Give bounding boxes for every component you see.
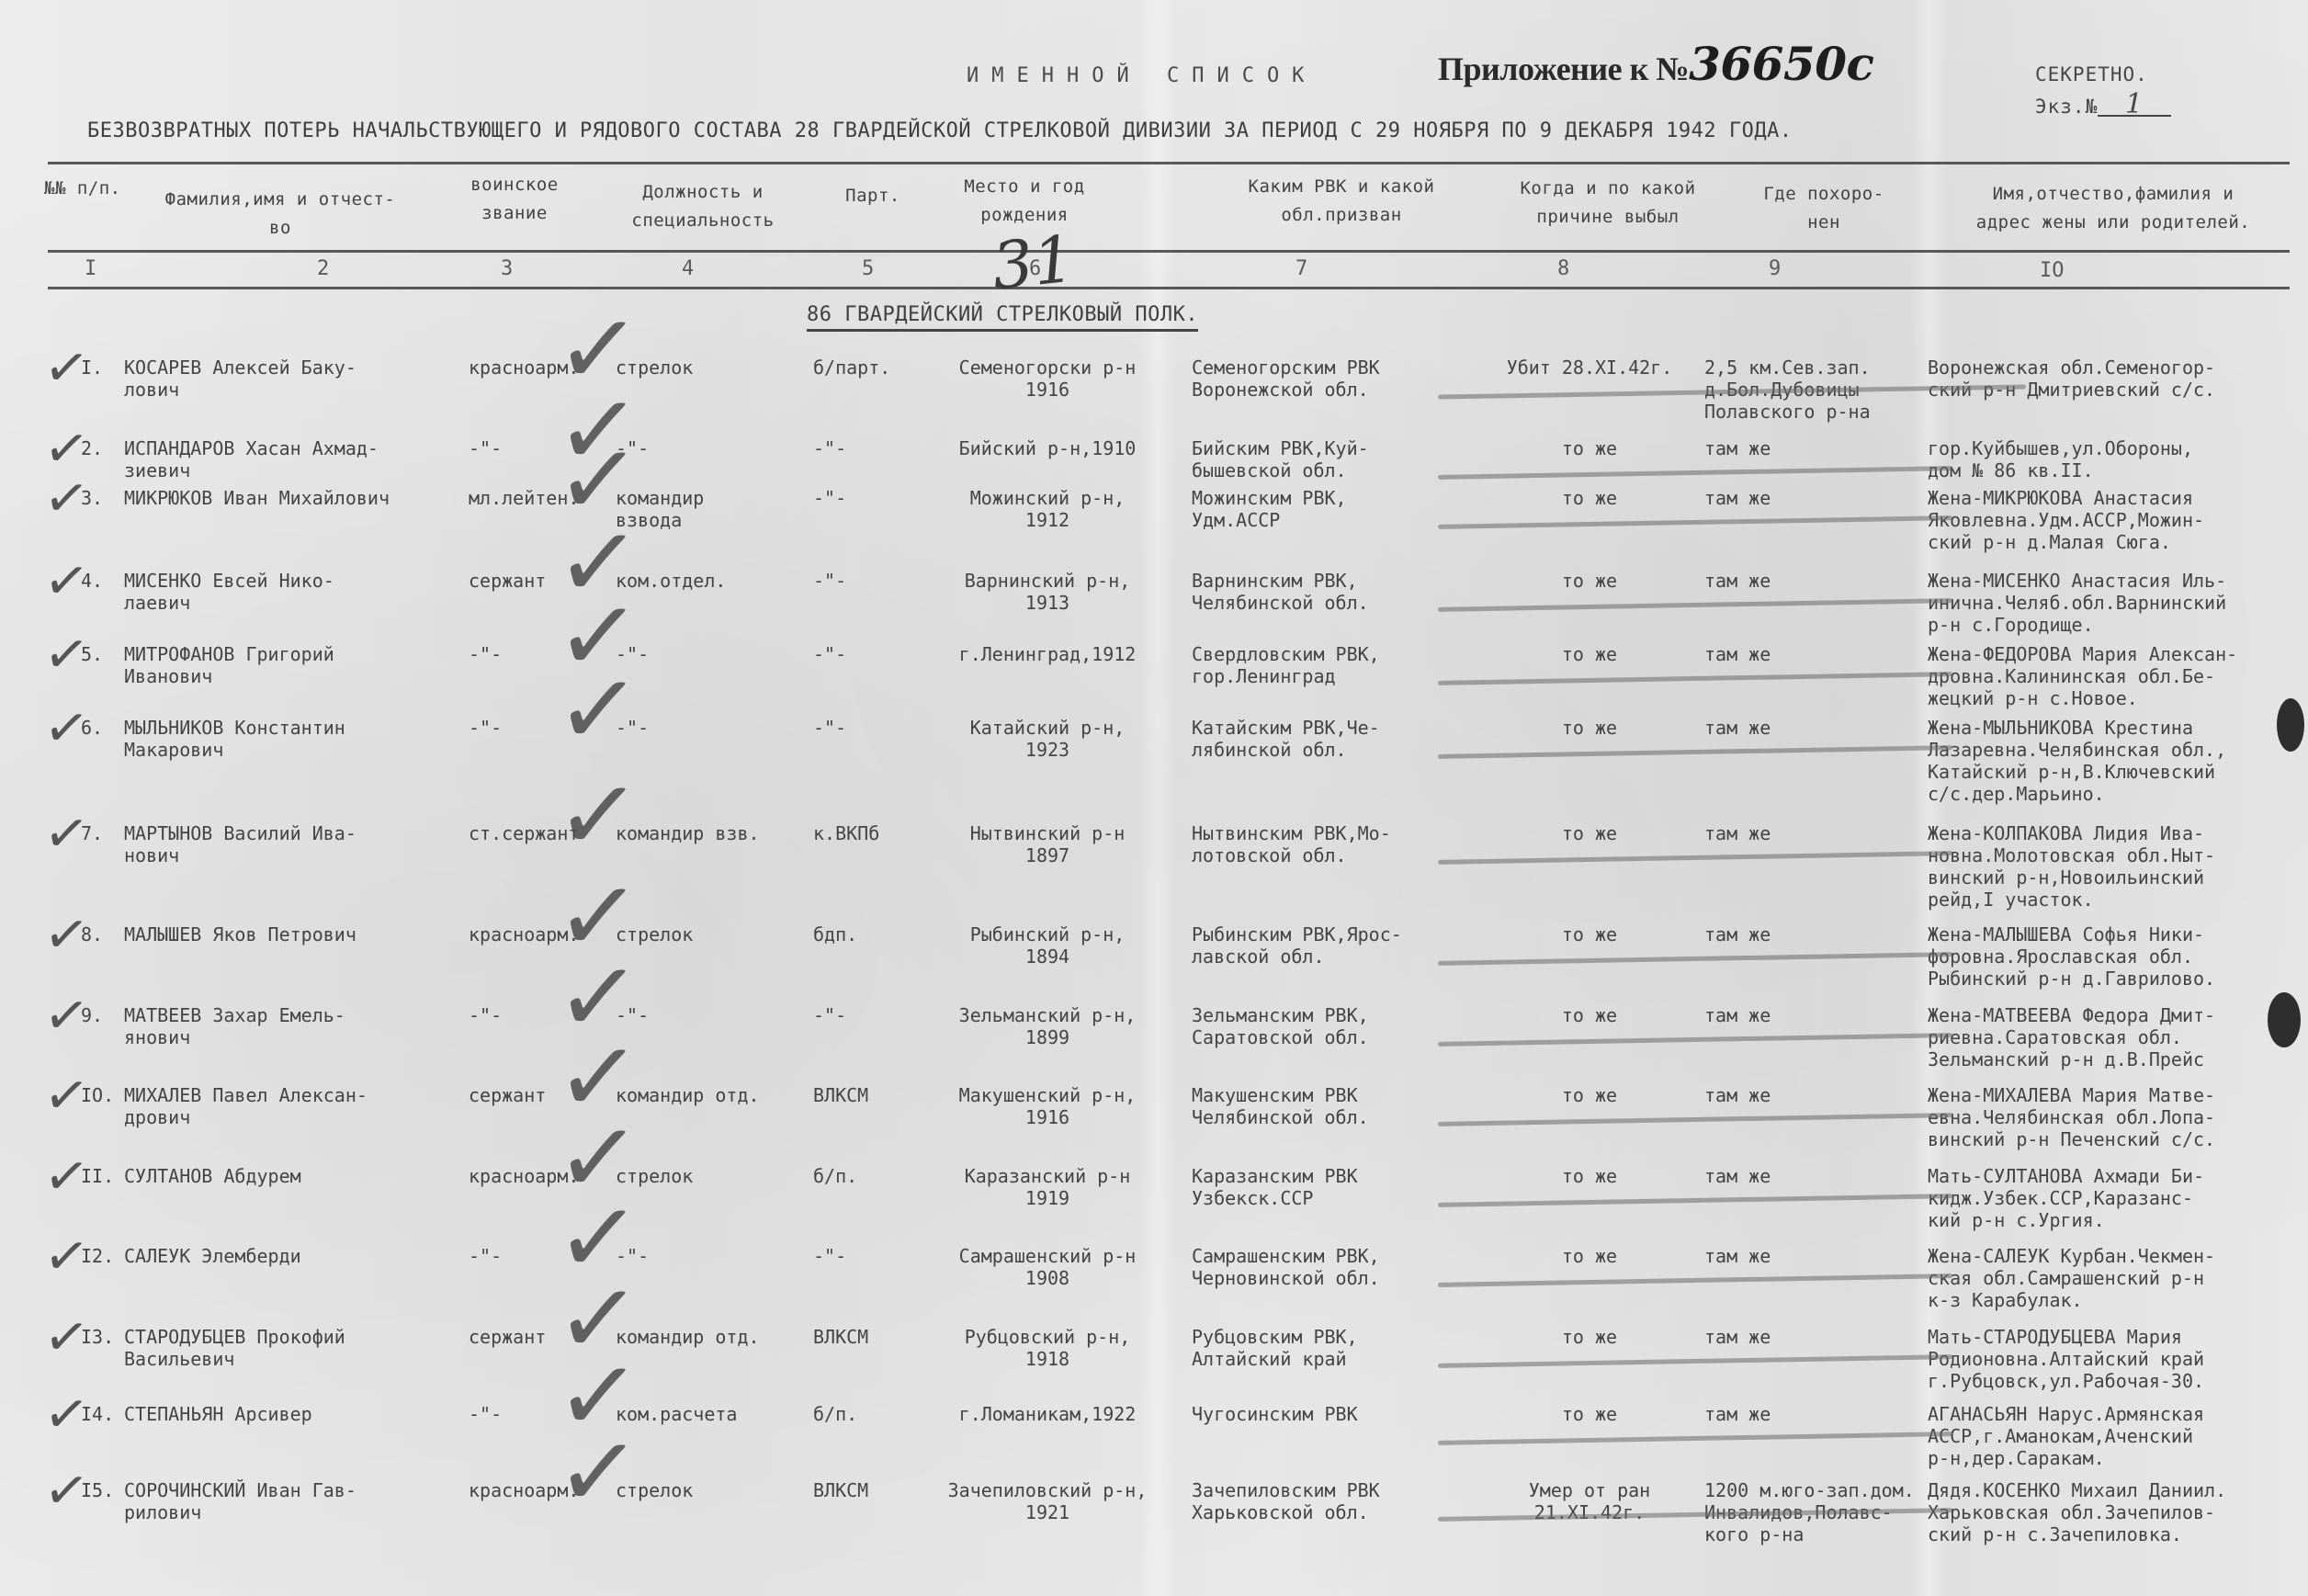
next-of-kin: Жена-МЫЛЬНИКОВА Крестина Лазаревна.Челяб…	[1928, 717, 2226, 805]
pencil-strike	[1438, 598, 1952, 612]
date-cause: то же	[1452, 717, 1727, 739]
pencil-strike	[1438, 1113, 1952, 1126]
burial-place: там же	[1704, 437, 1771, 459]
draft-office: Семеногорским РВК Воронежской обл.	[1192, 357, 1380, 401]
draft-office: Чугосинским РВК	[1192, 1403, 1358, 1425]
date-cause: то же	[1452, 437, 1727, 459]
col-header-10: Имя,отчество,фамилия и адрес жены или ро…	[1929, 180, 2297, 237]
soldier-name: СУЛТАНОВ Абдурем	[124, 1165, 301, 1187]
row-number: I.	[81, 357, 103, 379]
copy-value: 1	[2098, 94, 2171, 117]
next-of-kin: Жена-МАЛЫШЕВА Софья Ники- форовна.Яросла…	[1928, 923, 2215, 990]
row-number: 9.	[81, 1004, 103, 1026]
date-cause: Убит 28.XI.42г.	[1452, 357, 1727, 379]
pencil-strike	[1438, 745, 1952, 759]
party-membership: ВЛКСМ	[813, 1479, 868, 1501]
next-of-kin: Дядя.КОСЕНКО Михаил Даниил. Харьковская …	[1928, 1479, 2226, 1545]
date-cause: то же	[1452, 1245, 1727, 1267]
col-header-3: воинское звание	[450, 171, 579, 228]
pencil-strike	[1438, 1273, 1952, 1287]
party-membership: -"-	[813, 1004, 846, 1026]
birthplace-year: Можинский р-н, 1912	[914, 487, 1181, 531]
party-membership: -"-	[813, 570, 846, 592]
party-membership: -"-	[813, 487, 846, 509]
party-membership: -"-	[813, 717, 846, 739]
document-subtitle: БЕЗВОЗВРАТНЫХ ПОТЕРЬ НАЧАЛЬСТВУЮЩЕГО И Р…	[87, 119, 1793, 142]
row-number: 3.	[81, 487, 103, 509]
birthplace-year: Нытвинский р-н 1897	[914, 822, 1181, 866]
col-num-10: IO	[2040, 259, 2065, 282]
burial-place: там же	[1704, 1084, 1771, 1106]
soldier-name: КОСАРЕВ Алексей Баку- лович	[124, 357, 356, 401]
birthplace-year: Рыбинский р-н, 1894	[914, 923, 1181, 968]
col-header-1: №№ п/п.	[44, 175, 108, 203]
military-rank: -"-	[469, 643, 502, 665]
next-of-kin: АГАНАСЬЯН Нарус.Армянская АССР,г.Аманока…	[1928, 1403, 2204, 1469]
col-num-7: 7	[1295, 257, 1307, 280]
draft-office: Самрашенским РВК, Черновинской обл.	[1192, 1245, 1380, 1289]
handwritten-page-number: 31	[989, 221, 1078, 305]
copy-number: Экз.№1	[2035, 94, 2171, 118]
soldier-name: ИСПАНДАРОВ Хасан Ахмад- зиевич	[124, 437, 379, 481]
birthplace-year: г.Ломаникам,1922	[914, 1403, 1181, 1425]
soldier-name: МАТВЕЕВ Захар Емель- янович	[124, 1004, 345, 1048]
burial-place: там же	[1704, 1004, 1771, 1026]
birthplace-year: Семеногорски р-н 1916	[914, 357, 1181, 401]
draft-office: Макушенским РВК Челябинской обл.	[1192, 1084, 1369, 1128]
row-number: 6.	[81, 717, 103, 739]
burial-place: там же	[1704, 1403, 1771, 1425]
col-num-4: 4	[682, 257, 694, 280]
date-cause: то же	[1452, 1403, 1727, 1425]
date-cause: то же	[1452, 1326, 1727, 1348]
ink-blot	[2277, 698, 2304, 752]
date-cause: то же	[1452, 643, 1727, 665]
table-rule-top	[48, 162, 2290, 164]
soldier-name: МАРТЫНОВ Василий Ива- нович	[124, 822, 356, 866]
row-number: I4.	[81, 1403, 114, 1425]
row-number: I5.	[81, 1479, 114, 1501]
col-header-7: Каким РВК и какой обл.призван	[1204, 173, 1479, 230]
copy-label: Экз.№	[2035, 96, 2098, 118]
birthplace-year: Зачепиловский р-н, 1921	[914, 1479, 1181, 1523]
birthplace-year: Самрашенский р-н 1908	[914, 1245, 1181, 1289]
pencil-strike	[1438, 1354, 1952, 1368]
row-number: IO.	[81, 1084, 114, 1106]
draft-office: Каразанским РВК Узбекск.ССР	[1192, 1165, 1358, 1209]
col-num-3: 3	[501, 257, 513, 280]
birthplace-year: Варнинский р-н, 1913	[914, 570, 1181, 614]
party-membership: бдп.	[813, 923, 857, 945]
pencil-strike	[1438, 515, 1952, 529]
soldier-name: МИТРОФАНОВ Григорий Иванович	[124, 643, 334, 687]
date-cause: то же	[1452, 1165, 1727, 1187]
next-of-kin: Жена-САЛЕУК Курбан.Чекмен- ская обл.Самр…	[1928, 1245, 2215, 1311]
section-heading: 86 ГВАРДЕЙСКИЙ СТРЕЛКОВЫЙ ПОЛК.	[807, 303, 1198, 332]
row-number: I3.	[81, 1326, 114, 1348]
draft-office: Рубцовским РВК, Алтайский край	[1192, 1326, 1358, 1370]
col-num-1: I	[85, 257, 96, 280]
ink-blot	[2268, 992, 2301, 1047]
military-rank: -"-	[469, 717, 502, 739]
col-num-5: 5	[862, 257, 874, 280]
next-of-kin: Жена-ФЕДОРОВА Мария Алексан- дровна.Кали…	[1928, 643, 2237, 709]
date-cause: то же	[1452, 923, 1727, 945]
soldier-name: МАЛЫШЕВ Яков Петрович	[124, 923, 356, 945]
date-cause: то же	[1452, 487, 1727, 509]
table-rule-bottom	[48, 287, 2290, 289]
pencil-strike	[1438, 1033, 1952, 1047]
party-membership: -"-	[813, 437, 846, 459]
row-number: II.	[81, 1165, 114, 1187]
draft-office: Бийским РВК,Куй- бышевской обл.	[1192, 437, 1369, 481]
military-rank: сержант	[469, 1084, 546, 1106]
next-of-kin: Воронежская обл.Семеногор- ский р-н Дмит…	[1928, 357, 2215, 401]
col-num-8: 8	[1557, 257, 1569, 280]
document-title: ИМЕННОЙ СПИСОК	[967, 64, 1317, 87]
soldier-name: СОРОЧИНСКИЙ Иван Гав- рилович	[124, 1479, 356, 1523]
birthplace-year: Катайский р-н, 1923	[914, 717, 1181, 761]
party-membership: ВЛКСМ	[813, 1326, 868, 1348]
military-rank: сержант	[469, 570, 546, 592]
secrecy-mark: СЕКРЕТНО.	[2035, 64, 2148, 85]
next-of-kin: Жена-МИКРЮКОВА Анастасия Яковлевна.Удм.А…	[1928, 487, 2204, 553]
burial-place: там же	[1704, 487, 1771, 509]
col-header-6: Место и год рождения	[914, 173, 1135, 230]
burial-place: там же	[1704, 923, 1771, 945]
pencil-strike	[1438, 466, 1952, 480]
burial-place: там же	[1704, 1245, 1771, 1267]
row-number: 2.	[81, 437, 103, 459]
col-header-2: Фамилия,имя и отчест- во	[124, 186, 436, 243]
draft-office: Можинским РВК, Удм.АССР	[1192, 487, 1347, 531]
col-header-9: Где похоро- нен	[1732, 180, 1916, 237]
next-of-kin: Мать-СУЛТАНОВА Ахмади Би- кидж.Узбек.ССР…	[1928, 1165, 2204, 1231]
pencil-strike	[1438, 672, 1952, 685]
party-membership: б/п.	[813, 1165, 857, 1187]
party-membership: ВЛКСМ	[813, 1084, 868, 1106]
next-of-kin: Мать-СТАРОДУБЦЕВА Мария Родионовна.Алтай…	[1928, 1326, 2204, 1392]
party-membership: -"-	[813, 643, 846, 665]
column-check-icon: ✓	[552, 648, 645, 771]
burial-place: там же	[1704, 717, 1771, 739]
row-number: 7.	[81, 822, 103, 844]
birthplace-year: г.Ленинград,1912	[914, 643, 1181, 665]
soldier-name: МИКРЮКОВ Иван Михайлович	[124, 487, 390, 509]
military-rank: -"-	[469, 1004, 502, 1026]
birthplace-year: Макушенский р-н, 1916	[914, 1084, 1181, 1128]
col-header-8: Когда и по какой причине выбыл	[1479, 175, 1737, 232]
military-rank: -"-	[469, 1403, 502, 1425]
table-rule-mid	[48, 250, 2290, 253]
appendix-number: 36650с	[1689, 37, 1873, 91]
appendix-label: Приложение к №	[1438, 51, 1689, 87]
party-membership: к.ВКПб	[813, 822, 879, 844]
row-number: 8.	[81, 923, 103, 945]
burial-place: там же	[1704, 570, 1771, 592]
pencil-strike	[1438, 1194, 1952, 1207]
soldier-name: САЛЕУК Элемберди	[124, 1245, 301, 1267]
next-of-kin: Жена-МИСЕНКО Анастасия Иль- инична.Челяб…	[1928, 570, 2226, 636]
date-cause: то же	[1452, 1084, 1727, 1106]
col-header-4: Должность и специальность	[597, 178, 809, 235]
soldier-name: МИХАЛЕВ Павел Алексан- дрович	[124, 1084, 368, 1128]
soldier-name: СТЕПАНЬЯН Арсивер	[124, 1403, 312, 1425]
party-membership: б/п.	[813, 1403, 857, 1425]
birthplace-year: Зельманский р-н, 1899	[914, 1004, 1181, 1048]
burial-place: там же	[1704, 1165, 1771, 1187]
date-cause: то же	[1452, 570, 1727, 592]
soldier-name: СТАРОДУБЦЕВ Прокофий Васильевич	[124, 1326, 345, 1370]
row-number: 5.	[81, 643, 103, 665]
col-header-5: Парт.	[818, 182, 928, 210]
pencil-strike	[1438, 1432, 1952, 1445]
row-number: I2.	[81, 1245, 114, 1267]
military-rank: -"-	[469, 1245, 502, 1267]
burial-place: там же	[1704, 643, 1771, 665]
next-of-kin: Жена-МИХАЛЕВА Мария Матве- евна.Челябинс…	[1928, 1084, 2215, 1150]
row-number: 4.	[81, 570, 103, 592]
birthplace-year: Каразанский р-н 1919	[914, 1165, 1181, 1209]
soldier-name: МЫЛЬНИКОВ Константин Макарович	[124, 717, 345, 761]
burial-place: там же	[1704, 822, 1771, 844]
draft-office: Зачепиловским РВК Харьковской обл.	[1192, 1479, 1380, 1523]
draft-office: Свердловским РВК, гор.Ленинград	[1192, 643, 1380, 687]
draft-office: Рыбинским РВК,Ярос- лавской обл.	[1192, 923, 1402, 968]
soldier-name: МИСЕНКО Евсей Нико- лаевич	[124, 570, 334, 614]
birthplace-year: Рубцовский р-н, 1918	[914, 1326, 1181, 1370]
pencil-strike	[1438, 952, 1952, 966]
next-of-kin: гор.Куйбышев,ул.Обороны, дом № 86 кв.II.	[1928, 437, 2193, 481]
next-of-kin: Жена-МАТВЕЕВА Федора Дмит- риевна.Сарато…	[1928, 1004, 2215, 1070]
party-membership: б/парт.	[813, 357, 890, 379]
next-of-kin: Жена-КОЛПАКОВА Лидия Ива- новна.Молотовс…	[1928, 822, 2215, 911]
pencil-strike	[1438, 851, 1952, 865]
date-cause: то же	[1452, 822, 1727, 844]
military-rank: -"-	[469, 437, 502, 459]
document-sheet: ИМЕННОЙ СПИСОК Приложение к №36650с СЕКР…	[0, 0, 2308, 1596]
column-check-icon: ✓	[552, 1410, 645, 1534]
col-num-2: 2	[317, 257, 329, 280]
burial-place: там же	[1704, 1326, 1771, 1348]
draft-office: Нытвинским РВК,Мо- лотовской обл.	[1192, 822, 1391, 866]
birthplace-year: Бийский р-н,1910	[914, 437, 1181, 459]
draft-office: Зельманским РВК, Саратовской обл.	[1192, 1004, 1369, 1048]
col-num-9: 9	[1769, 257, 1781, 280]
military-rank: сержант	[469, 1326, 546, 1348]
draft-office: Варнинским РВК, Челябинской обл.	[1192, 570, 1369, 614]
date-cause: то же	[1452, 1004, 1727, 1026]
appendix-stamp: Приложение к №36650с	[1438, 37, 1873, 91]
party-membership: -"-	[813, 1245, 846, 1267]
draft-office: Катайским РВК,Че- лябинской обл.	[1192, 717, 1380, 761]
